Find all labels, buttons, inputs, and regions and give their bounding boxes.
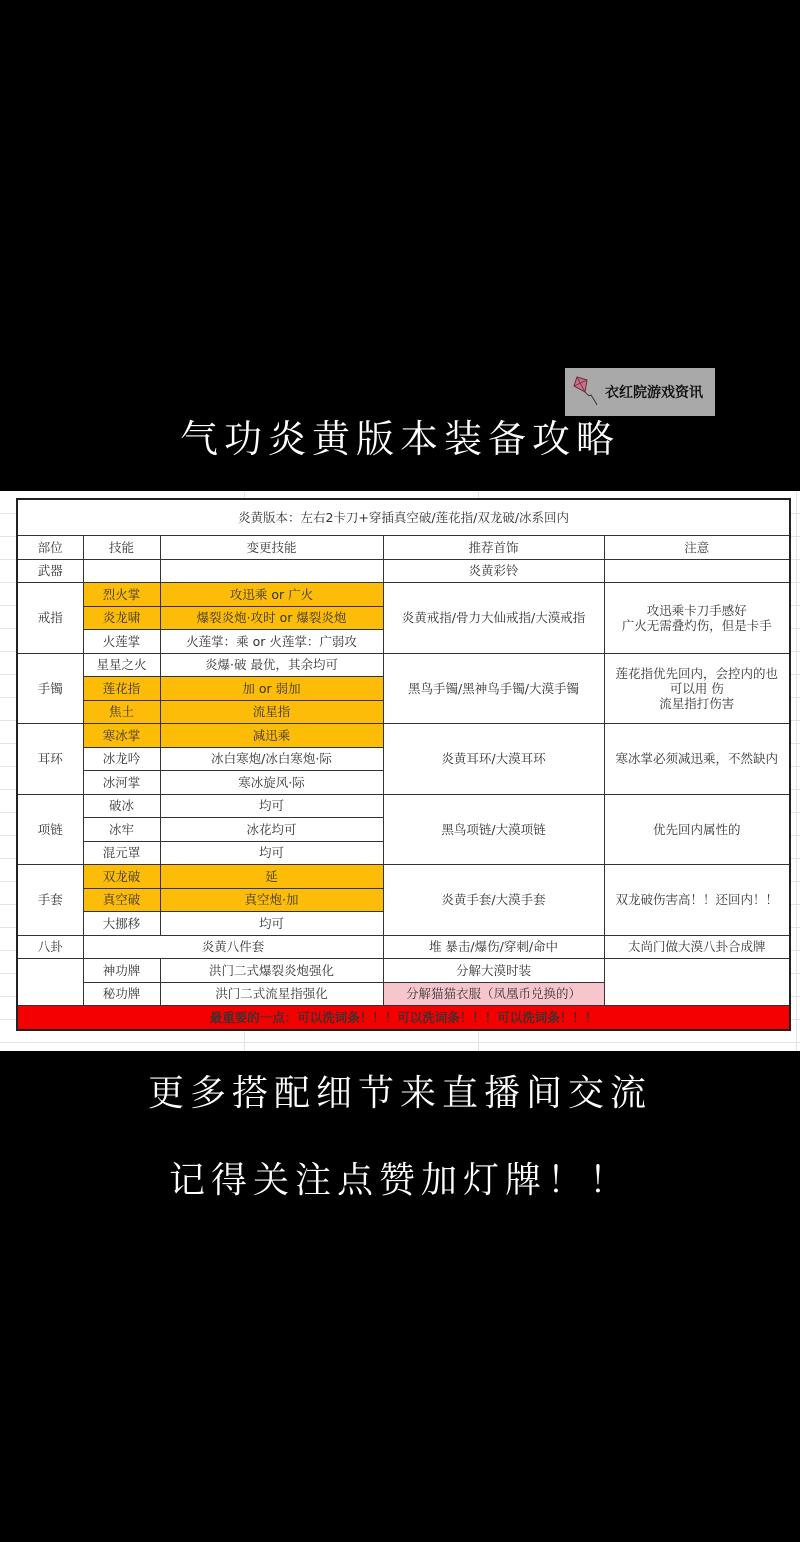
note-cell: 双龙破伤害高！！还回内！！: [604, 865, 790, 936]
slot-cell: 手镯: [17, 653, 83, 724]
change-cell: 减迅乘: [160, 724, 383, 748]
skill-cell: 寒冰掌: [83, 724, 160, 748]
header-skill: 技能: [83, 536, 160, 560]
skill-cell: 烈火掌: [83, 583, 160, 607]
accessory-cell: 炎黄戒指/骨力大仙戒指/大漠戒指: [383, 583, 604, 654]
skill-cell: 冰牢: [83, 818, 160, 842]
change-cell: 冰花均可: [160, 818, 383, 842]
change-cell: [160, 559, 383, 583]
change-cell: 流星指: [160, 700, 383, 724]
table-row-card: 神功牌 洪门二式爆裂炎炮强化 分解大漠时装: [17, 959, 790, 983]
header-row: 部位 技能 变更技能 推荐首饰 注意: [17, 536, 790, 560]
change-cell: 延: [160, 865, 383, 889]
table-row-bagua: 八卦 炎黄八件套 堆 暴击/爆伤/穿刺/命中 太尚门做大漠八卦合成牌: [17, 935, 790, 959]
change-cell: 寒冰旋风·际: [160, 771, 383, 795]
kite-icon: [571, 375, 599, 409]
grid-column-line: [796, 491, 797, 1051]
version-title: 炎黄版本：左右2卡刀+穿插真空破/莲花指/双龙破/冰系回内: [17, 499, 790, 536]
accessory-cell: 黑鸟项链/大漠项链: [383, 794, 604, 865]
page-title: 气功炎黄版本装备攻略: [0, 408, 800, 463]
header-accessory: 推荐首饰: [383, 536, 604, 560]
slot-cell: [17, 959, 83, 1006]
change-cell: 加 or 弱加: [160, 677, 383, 701]
note-line: 莲花指优先回内，会控内的也: [605, 666, 790, 681]
change-cell: 攻迅乘 or 广火: [160, 583, 383, 607]
note-line: 广火无需叠灼伤，但是卡手: [605, 618, 790, 633]
accessory-cell: 分解大漠时装: [383, 959, 604, 983]
note-line: 攻迅乘卡刀手感好: [605, 603, 790, 618]
note-cell: 优先回内属性的: [604, 794, 790, 865]
note-cell: 太尚门做大漠八卦合成牌: [604, 935, 790, 959]
watermark-text: 衣红院游戏资讯: [605, 382, 703, 402]
note-cell: 莲花指优先回内，会控内的也 可以用 伤 流星指打伤害: [604, 653, 790, 724]
accessory-cell: 黑鸟手镯/黑神鸟手镯/大漠手镯: [383, 653, 604, 724]
caption-line-1: 更多搭配细节来直播间交流: [0, 1065, 800, 1116]
change-cell: 均可: [160, 841, 383, 865]
change-cell: 爆裂炎炮·攻时 or 爆裂炎炮: [160, 606, 383, 630]
skill-cell: 莲花指: [83, 677, 160, 701]
skill-cell: 焦土: [83, 700, 160, 724]
header-slot: 部位: [17, 536, 83, 560]
skill-cell: 混元罩: [83, 841, 160, 865]
change-cell: 炎爆·破 最优，其余均可: [160, 653, 383, 677]
change-cell: 真空炮·加: [160, 888, 383, 912]
caption-line-2: 记得关注点赞加灯牌！！: [0, 1152, 800, 1203]
accessory-cell: 分解猫猫衣服（凤凰币兑换的）: [383, 982, 604, 1006]
accessory-cell: 炎黄手套/大漠手套: [383, 865, 604, 936]
note-line: 可以用 伤: [605, 681, 790, 696]
slot-cell: 八卦: [17, 935, 83, 959]
skill-cell: 炎龙啸: [83, 606, 160, 630]
skill-cell: 大挪移: [83, 912, 160, 936]
skill-cell: 星星之火: [83, 653, 160, 677]
change-cell: 火莲掌：乘 or 火莲掌：广弱攻: [160, 630, 383, 654]
skill-cell: [83, 559, 160, 583]
accessory-cell: 堆 暴击/爆伤/穿刺/命中: [383, 935, 604, 959]
change-cell: 洪门二式流星指强化: [160, 982, 383, 1006]
note-line: 流星指打伤害: [605, 696, 790, 711]
table-row: 耳环 寒冰掌 减迅乘 炎黄耳环/大漠耳环 寒冰掌必须减迅乘，不然缺内: [17, 724, 790, 748]
skill-cell: 火莲掌: [83, 630, 160, 654]
table-row: 项链 破冰 均可 黑鸟项链/大漠项链 优先回内属性的: [17, 794, 790, 818]
change-cell: 均可: [160, 794, 383, 818]
skill-cell: 秘功牌: [83, 982, 160, 1006]
header-note: 注意: [604, 536, 790, 560]
skill-cell: 冰龙吟: [83, 747, 160, 771]
version-title-row: 炎黄版本：左右2卡刀+穿插真空破/莲花指/双龙破/冰系回内: [17, 499, 790, 536]
important-banner: 最重要的一点：可以洗词条！！！可以洗词条！！！可以洗词条！！！: [17, 1006, 790, 1030]
table-row-weapon: 武器 炎黄彩铃: [17, 559, 790, 583]
skill-cell: 冰河掌: [83, 771, 160, 795]
skill-cell: 真空破: [83, 888, 160, 912]
slot-cell: 项链: [17, 794, 83, 865]
accessory-cell: 炎黄耳环/大漠耳环: [383, 724, 604, 795]
slot-cell: 耳环: [17, 724, 83, 795]
equipment-table: 炎黄版本：左右2卡刀+穿插真空破/莲花指/双龙破/冰系回内 部位 技能 变更技能…: [16, 498, 791, 1031]
change-cell: 均可: [160, 912, 383, 936]
skill-cell: 破冰: [83, 794, 160, 818]
change-cell: 洪门二式爆裂炎炮强化: [160, 959, 383, 983]
skill-cell: 双龙破: [83, 865, 160, 889]
note-cell: 寒冰掌必须减迅乘，不然缺内: [604, 724, 790, 795]
slot-cell: 戒指: [17, 583, 83, 654]
change-cell: 冰白寒炮/冰白寒炮·际: [160, 747, 383, 771]
header-change-skill: 变更技能: [160, 536, 383, 560]
bagua-set-cell: 炎黄八件套: [83, 935, 383, 959]
note-cell: 攻迅乘卡刀手感好 广火无需叠灼伤，但是卡手: [604, 583, 790, 654]
important-banner-row: 最重要的一点：可以洗词条！！！可以洗词条！！！可以洗词条！！！: [17, 1006, 790, 1030]
skill-cell: 神功牌: [83, 959, 160, 983]
note-cell: [604, 559, 790, 583]
table-row: 手镯 星星之火 炎爆·破 最优，其余均可 黑鸟手镯/黑神鸟手镯/大漠手镯 莲花指…: [17, 653, 790, 677]
slot-cell: 手套: [17, 865, 83, 936]
slot-cell: 武器: [17, 559, 83, 583]
note-cell: [604, 959, 790, 1006]
table-row: 戒指 烈火掌 攻迅乘 or 广火 炎黄戒指/骨力大仙戒指/大漠戒指 攻迅乘卡刀手…: [17, 583, 790, 607]
table-row: 手套 双龙破 延 炎黄手套/大漠手套 双龙破伤害高！！还回内！！: [17, 865, 790, 889]
accessory-cell: 炎黄彩铃: [383, 559, 604, 583]
spreadsheet-area: 炎黄版本：左右2卡刀+穿插真空破/莲花指/双龙破/冰系回内 部位 技能 变更技能…: [0, 491, 800, 1051]
